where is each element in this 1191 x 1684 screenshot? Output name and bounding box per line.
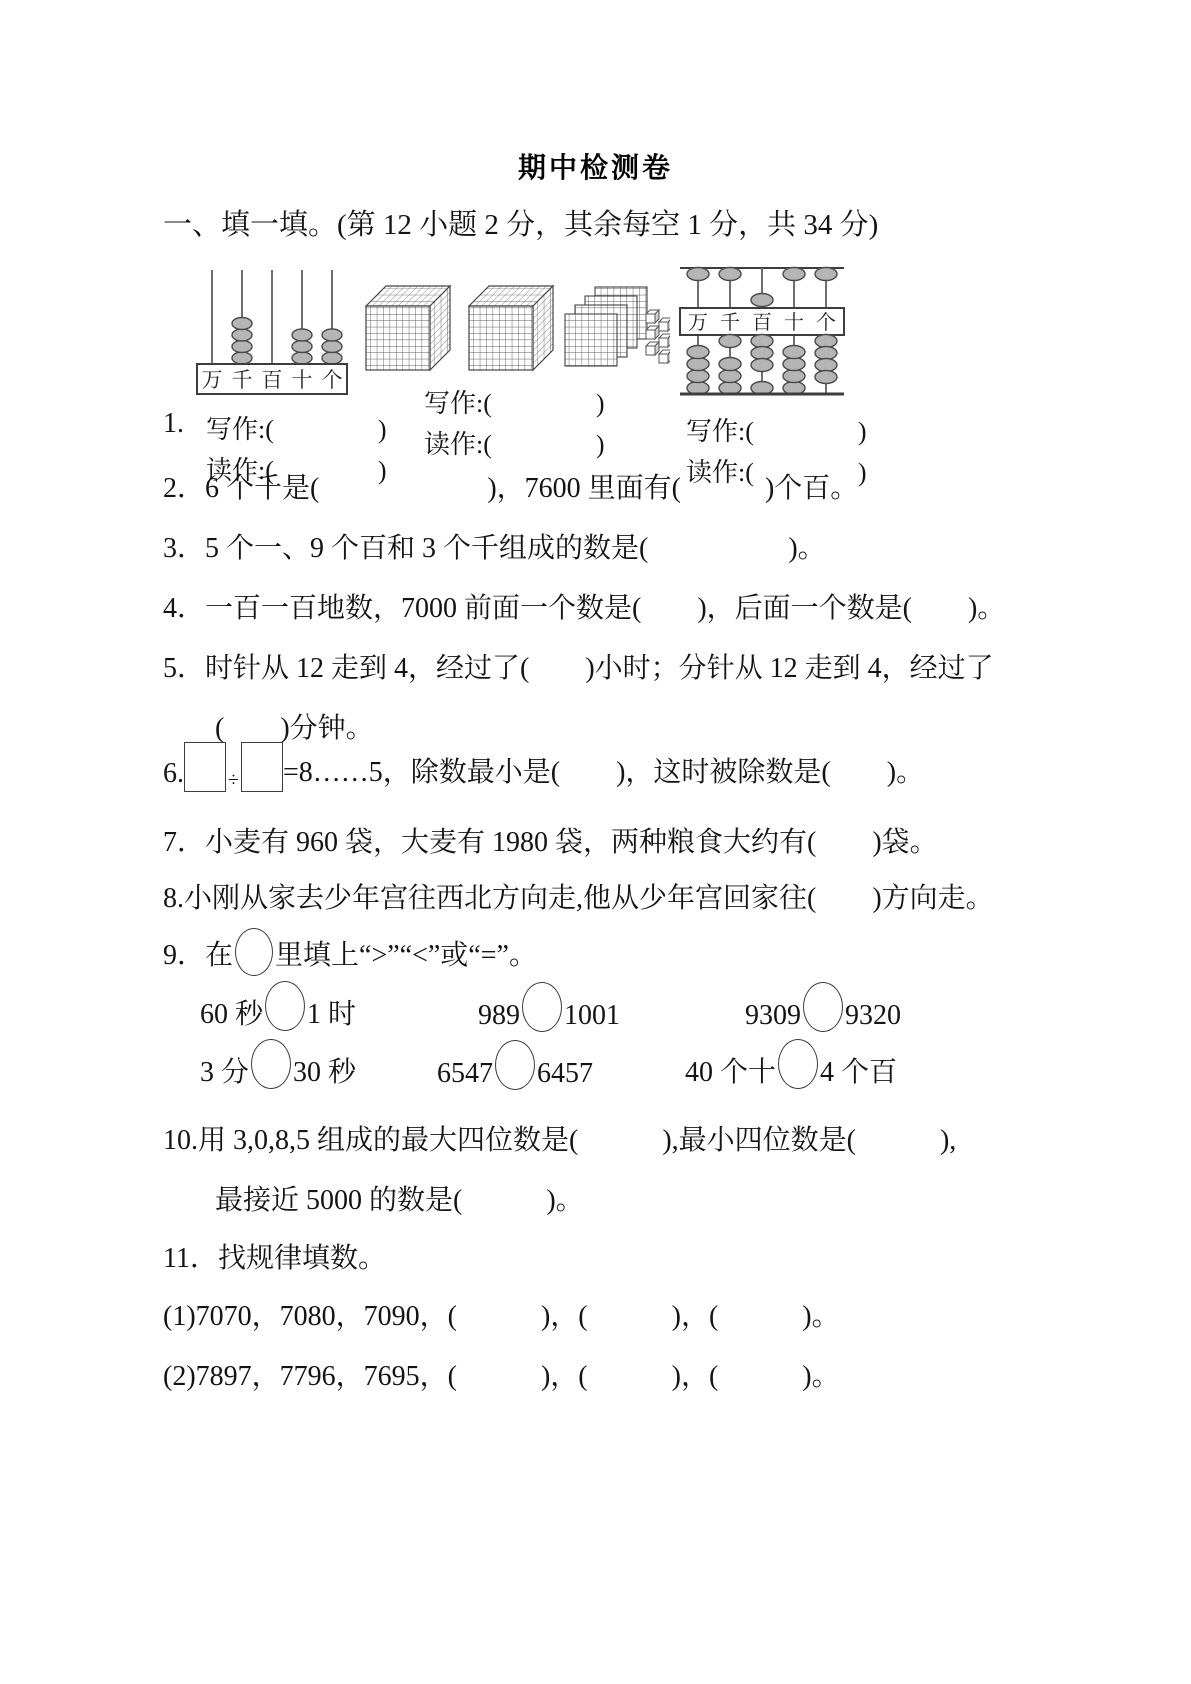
question-9-heading: 9．在里填上“>”“<”或“=”。 [163, 928, 537, 976]
compare-circle-blank [778, 1039, 818, 1089]
compare-circle-blank [495, 1040, 535, 1090]
question-10-line1: 10.用 3,0,8,5 组成的最大四位数是( ),最小四位数是( ), [163, 1118, 956, 1158]
read-as-label: 读作:( ) [364, 424, 670, 461]
compare-item: 60 秒1 时 [200, 981, 356, 1032]
thousand-cube-2 [469, 286, 553, 370]
question-2: 2．6 个千是( )，7600 里面有( )个百。 [163, 466, 858, 506]
compare-left: 6547 [437, 1058, 493, 1089]
compare-circle-blank [265, 981, 305, 1031]
page-title: 期中检测卷 [0, 146, 1191, 186]
question-5-line1: 5．时针从 12 走到 4，经过了( )小时；分针从 12 走到 4，经过了 [163, 646, 994, 686]
question-9-row-1: 60 秒1 时 9891001 93099320 [163, 972, 1143, 1032]
compare-circle-blank [235, 928, 273, 976]
unit-cubes [646, 310, 670, 363]
question-11-item-1: (1)7070，7080，7090，( )，( )，( )。 [163, 1294, 840, 1334]
compare-item: 40 个十4 个百 [685, 1039, 897, 1090]
compare-left: 989 [478, 1000, 520, 1031]
compare-item: 9891001 [478, 982, 620, 1032]
question-11-heading: 11．找规律填数。 [163, 1236, 386, 1276]
place-label-bai: 百 [752, 311, 772, 334]
question-10-line2: 最接近 5000 的数是( )。 [163, 1178, 584, 1218]
compare-left: 40 个十 [685, 1057, 776, 1088]
compare-item: 3 分30 秒 [200, 1039, 356, 1090]
compare-right: 4 个百 [820, 1057, 897, 1088]
question-11-item-2: (2)7897，7796，7695，( )，( )，( )。 [163, 1354, 840, 1394]
thousand-cube-1 [366, 286, 450, 370]
question-3: 3．5 个一、9 个百和 3 个千组成的数是( )。 [163, 526, 826, 566]
hundred-flats [565, 287, 647, 366]
place-label-wan: 万 [202, 368, 223, 392]
write-as-label: 写作:( ) [192, 409, 387, 446]
write-as-label: 写作:( ) [672, 411, 867, 448]
compare-circle-blank [803, 982, 843, 1032]
question-4: 4．一百一百地数，7000 前面一个数是( )，后面一个数是( )。 [163, 586, 1005, 626]
place-label-shi: 十 [292, 368, 313, 392]
place-label-qian: 千 [720, 311, 740, 334]
question-6-number: 6. [163, 758, 184, 790]
test-paper-page: 期中检测卷 一、填一填。(第 12 小题 2 分，其余每空 1 分，共 34 分… [0, 0, 1191, 1684]
question-9-row-2: 3 分30 秒 65476457 40 个十4 个百 [163, 1030, 1143, 1090]
divide-sign: ÷ [228, 769, 239, 792]
suanpan-abacus-figure: 万 千 百 十 个 [672, 260, 852, 402]
compare-right: 9320 [845, 1000, 901, 1031]
compare-item: 65476457 [437, 1040, 593, 1090]
place-label-qian: 千 [232, 368, 253, 392]
compare-right: 6457 [537, 1058, 593, 1089]
question-1-number: 1. [163, 408, 184, 440]
compare-right: 30 秒 [293, 1057, 356, 1088]
write-as-label: 写作:( ) [364, 383, 670, 420]
compare-item: 93099320 [745, 982, 901, 1032]
question-1-figure-abacus-hanging: 万 千 百 十 个 写作:( ) 读作:( ) [192, 266, 387, 487]
question-7: 7．小麦有 960 袋，大麦有 1980 袋，两种粮食大约有( )袋。 [163, 820, 938, 860]
question-9-pre: 9．在 [163, 940, 233, 971]
question-9-post: 里填上“>”“<”或“=”。 [275, 940, 537, 971]
base-ten-blocks-figure [364, 282, 670, 374]
question-8: 8.小刚从家去少年宫往西北方向走,他从少年宫回家往( )方向走。 [163, 876, 994, 916]
compare-left: 3 分 [200, 1057, 249, 1088]
compare-circle-blank [251, 1039, 291, 1089]
compare-left: 9309 [745, 1000, 801, 1031]
place-label-shi: 十 [784, 311, 804, 334]
question-1-figure-blocks: 写作:( ) 读作:( ) [364, 282, 670, 461]
compare-circle-blank [522, 982, 562, 1032]
section-1-heading: 一、填一填。(第 12 小题 2 分，其余每空 1 分，共 34 分) [163, 202, 878, 243]
compare-right: 1 时 [307, 999, 356, 1030]
divisor-box [241, 742, 283, 792]
question-5-line2: ( )分钟。 [163, 706, 374, 746]
place-label-ge: 个 [322, 368, 343, 392]
hanging-abacus-figure: 万 千 百 十 个 [192, 266, 352, 400]
question-1-figure-suanpan: 万 千 百 十 个 [672, 260, 867, 489]
compare-right: 1001 [564, 1000, 620, 1031]
compare-left: 60 秒 [200, 999, 263, 1030]
place-label-bai: 百 [262, 368, 283, 392]
place-label-wan: 万 [688, 312, 708, 334]
question-6: 6.÷=8……5，除数最小是( )，这时被除数是( )。 [163, 742, 924, 792]
place-label-ge: 个 [816, 311, 836, 334]
dividend-box [184, 742, 226, 792]
question-6-text: =8……5，除数最小是( )，这时被除数是( )。 [283, 750, 924, 790]
